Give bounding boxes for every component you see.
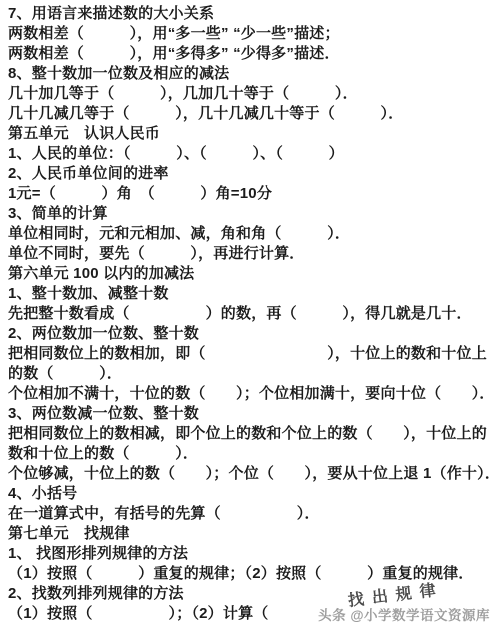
text-line: 的数（ ）． xyxy=(8,364,490,384)
text-line: 在一道算式中，有括号的先算（ ）． xyxy=(8,504,490,524)
worksheet-page: 7、用语言来描述数的大小关系两数相差（ ），用“多一些” “少一些”描述；两数相… xyxy=(0,0,492,633)
text-line: 个位够减，十位上的数（ ）；个位（ ），要从十位上退 1（作十）． xyxy=(8,464,490,484)
text-line: 单位不同时，要先（ ），再进行计算． xyxy=(8,244,490,264)
text-line: 3、简单的计算 xyxy=(8,204,490,224)
text-line: 两数相差（ ），用“多一些” “少一些”描述； xyxy=(8,24,490,44)
text-line: 第五单元 认识人民币 xyxy=(8,124,490,144)
text-line: 把相同数位上的数相加，即（ ），十位上的数和十位上 xyxy=(8,344,490,364)
text-line: 个位相加不满十，十位的数（ ）；个位相加满十，要向十位（ ）． xyxy=(8,384,490,404)
text-line: 1、人民的单位：（ ）、（ ）、（ ） xyxy=(8,144,490,164)
watermark: 头条 @小学数学语文资源库 xyxy=(318,604,490,624)
text-line: 3、两位数减一位数、整十数 xyxy=(8,404,490,424)
text-line: 两数相差（ ），用“多得多” “少得多”描述． xyxy=(8,44,490,64)
text-line: 1、 找图形排列规律的方法 xyxy=(8,544,490,564)
text-line: 4、小括号 xyxy=(8,484,490,504)
text-line: 几十几减几等于（ ），几十几减几十等于（ ）． xyxy=(8,104,490,124)
text-line: 数和十位上的数（ ）． xyxy=(8,444,490,464)
text-line: 7、用语言来描述数的大小关系 xyxy=(8,4,490,24)
text-line: 先把整十数看成（ ）的数，再（ ），得几就是几十． xyxy=(8,304,490,324)
text-line: 把相同数位上的数相减，即个位上的数和个位上的数（ ），十位上的 xyxy=(8,424,490,444)
text-line: 2、人民币单位间的进率 xyxy=(8,164,490,184)
text-line: 1元=（ ）角 （ ）角=10分 xyxy=(8,184,490,204)
text-line: 第六单元 100 以内的加减法 xyxy=(8,264,490,284)
text-line: 单位相同时，元和元相加、减，角和角（ ）． xyxy=(8,224,490,244)
text-line: 2、两位数加一位数、整十数 xyxy=(8,324,490,344)
text-line: 8、整十数加一位数及相应的减法 xyxy=(8,64,490,84)
text-line: 几十加几等于（ ），几加几十等于（ ）． xyxy=(8,84,490,104)
worksheet-text-block: 7、用语言来描述数的大小关系两数相差（ ），用“多一些” “少一些”描述；两数相… xyxy=(8,4,490,624)
text-line: 1、整十数加、减整十数 xyxy=(8,284,490,304)
text-line: 第七单元 找规律 xyxy=(8,524,490,544)
